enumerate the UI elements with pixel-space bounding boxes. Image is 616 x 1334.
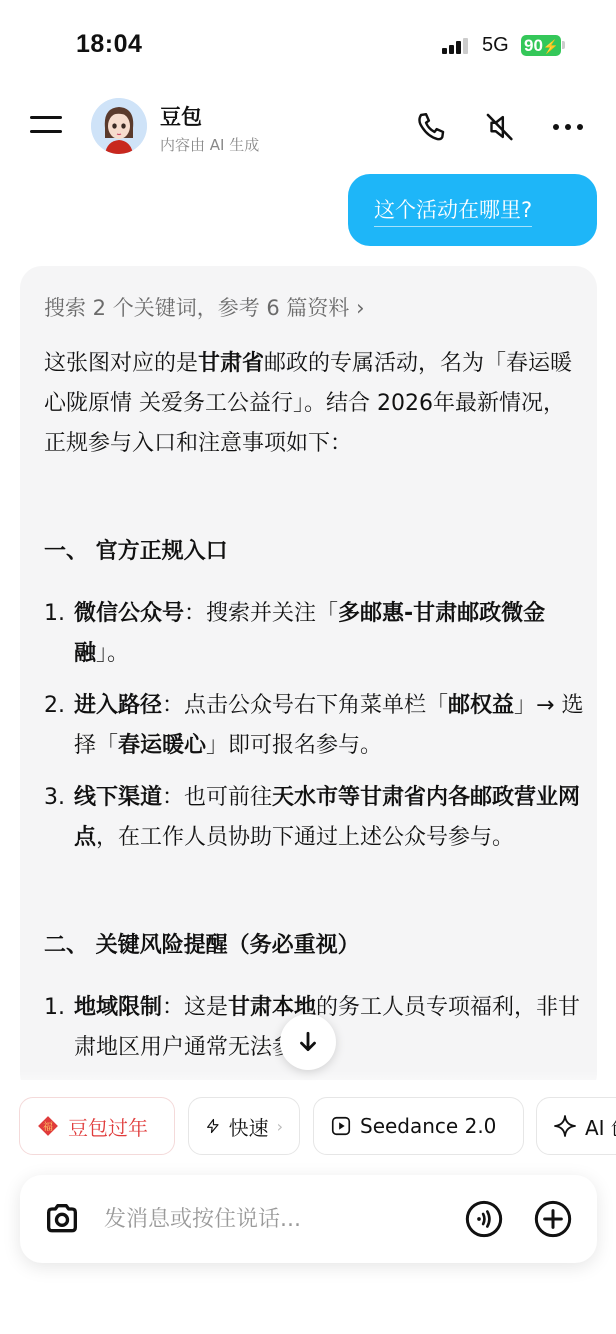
list-label: 进入路径 (74, 693, 162, 718)
voice-wave-icon (464, 1199, 504, 1239)
battery-level: 90 (524, 36, 543, 55)
section-title-risk-warning: 二、 关键风险提醒（务必重视） (44, 928, 360, 959)
speaker-muted-icon (483, 110, 517, 144)
list-item: 2.进入路径：点击公众号右下角菜单栏「邮权益」→ 选择「春运暖心」即可报名参与。 (44, 686, 584, 766)
status-time: 18:04 (76, 30, 142, 59)
user-message-text: 这个活动在哪里? (374, 194, 532, 227)
list-number: 1. (44, 594, 65, 634)
list-text: ：点击公众号右下角菜单栏「 (162, 693, 448, 718)
svg-text:福: 福 (43, 1120, 53, 1133)
bot-subtitle: 内容由 AI 生成 (160, 134, 259, 155)
list-item: 1.微信公众号：搜索并关注「多邮惠-甘肃邮政微金融」。 (44, 594, 584, 674)
camera-button[interactable] (42, 1199, 82, 1239)
network-type: 5G (482, 34, 509, 57)
more-icon (551, 110, 585, 144)
list-bold: 邮权益 (448, 693, 514, 718)
call-button[interactable] (414, 110, 448, 144)
chip-label: 豆包过年 (68, 1112, 148, 1141)
user-message-bubble[interactable]: 这个活动在哪里? (348, 174, 597, 246)
add-attachment-button[interactable] (533, 1199, 573, 1239)
mute-button[interactable] (483, 110, 517, 144)
chip-seedance[interactable]: Seedance 2.0 (313, 1097, 524, 1155)
fu-icon: 福 (36, 1114, 60, 1138)
avatar[interactable] (91, 98, 147, 154)
signal-icon (442, 38, 472, 54)
message-input[interactable] (104, 1199, 444, 1239)
battery-tip (562, 41, 565, 49)
more-button[interactable] (551, 110, 585, 144)
phone-icon (414, 110, 448, 144)
list-tail: 」即可报名参与。 (206, 733, 382, 758)
list-text: ：这是 (162, 995, 228, 1020)
list-label: 线下渠道 (74, 785, 162, 810)
intro-bold: 甘肃省 (198, 351, 264, 376)
menu-icon (30, 116, 62, 119)
list-label: 微信公众号 (74, 601, 184, 626)
section-title-official-entry: 一、 官方正规入口 (44, 534, 228, 565)
list-bold: 春运暖心 (118, 733, 206, 758)
chevron-right-icon: › (277, 1117, 283, 1136)
list-number: 2. (44, 686, 65, 726)
search-references-link[interactable]: 搜索 2 个关键词，参考 6 篇资料 › (44, 292, 365, 322)
list-tail: 」。 (96, 641, 129, 666)
list-label: 地域限制 (74, 995, 162, 1020)
chip-label: AI 创作 (585, 1112, 616, 1141)
arrow-down-icon (295, 1029, 321, 1055)
intro-text-1: 这张图对应的是 (44, 351, 198, 376)
answer-intro: 这张图对应的是甘肃省邮政的专属活动，名为「春运暖心陇原情 关爱务工公益行」。结合… (44, 344, 584, 464)
scroll-to-bottom-button[interactable] (280, 1014, 336, 1070)
status-bar: 18:04 5G 90⚡ (0, 0, 616, 90)
list-text: ：搜索并关注「 (184, 601, 338, 626)
sparkle-icon (553, 1114, 577, 1138)
chip-doubao-new-year[interactable]: 福 豆包过年 (19, 1097, 175, 1155)
menu-button[interactable] (30, 112, 64, 138)
list-item: 3.线下渠道：也可前往天水市等甘肃省内各邮政营业网点，在工作人员协助下通过上述公… (44, 778, 584, 858)
chip-ai-create[interactable]: AI 创作 (536, 1097, 616, 1155)
assistant-answer-card: 搜索 2 个关键词，参考 6 篇资料 › 这张图对应的是甘肃省邮政的专属活动，名… (20, 266, 597, 1096)
message-composer (20, 1175, 597, 1263)
play-icon (330, 1115, 352, 1137)
lightning-icon (205, 1115, 221, 1137)
camera-icon (42, 1199, 82, 1239)
list-number: 1. (44, 988, 65, 1028)
avatar-image (91, 98, 147, 154)
list-tail: ，在工作人员协助下通过上述公众号参与。 (96, 825, 514, 850)
plus-circle-icon (533, 1199, 573, 1239)
bot-name: 豆包 (160, 101, 202, 131)
chip-fast-mode[interactable]: 快速 › (188, 1097, 300, 1155)
battery-icon: 90⚡ (521, 35, 561, 56)
list-text: ：也可前往 (162, 785, 272, 810)
chip-label: 快速 (229, 1112, 269, 1141)
list-number: 3. (44, 778, 65, 818)
chat-header: 豆包 内容由 AI 生成 (0, 90, 616, 166)
chip-label: Seedance 2.0 (360, 1114, 496, 1138)
voice-button[interactable] (464, 1199, 504, 1239)
